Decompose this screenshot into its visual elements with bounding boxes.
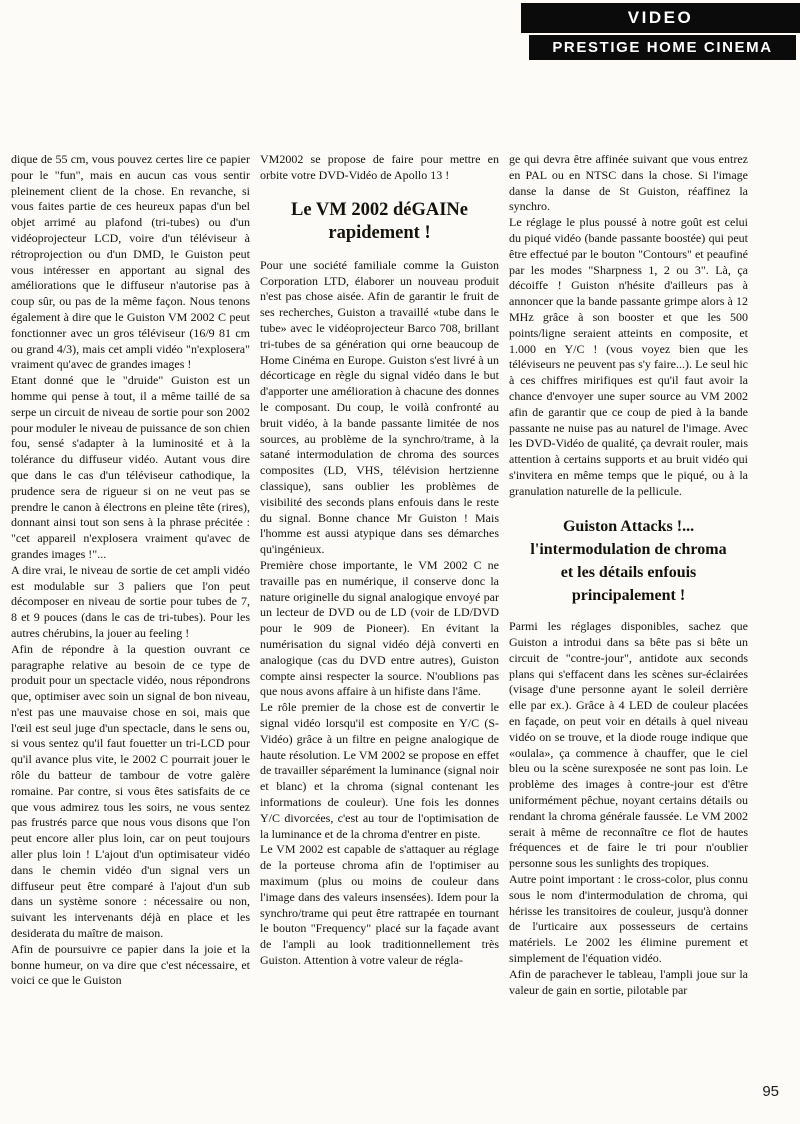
paragraph: VM2002 se propose de faire pour mettre e…: [260, 152, 499, 184]
paragraph: Le VM 2002 est capable de s'attaquer au …: [260, 842, 499, 968]
article-body: dique de 55 cm, vous pouvez certes lire …: [11, 152, 748, 998]
paragraph: Première chose importante, le VM 2002 C …: [260, 558, 499, 700]
magazine-page: VIDEO PRESTIGE HOME CINEMA dique de 55 c…: [0, 0, 800, 1124]
section-heading-guiston-attacks: Guiston Attacks !... l'intermodulation d…: [509, 515, 748, 608]
paragraph: Autre point important : le cross-color, …: [509, 872, 748, 967]
paragraph: Pour une société familiale comme la Guis…: [260, 258, 499, 558]
section-heading-degaine: Le VM 2002 déGAINe rapidement !: [260, 199, 499, 245]
paragraph: A dire vrai, le niveau de sortie de cet …: [11, 563, 250, 642]
paragraph: Parmi les réglages disponibles, sachez q…: [509, 619, 748, 872]
paragraph: Afin de parachever le tableau, l'ampli j…: [509, 967, 748, 999]
paragraph: ge qui devra être affinée suivant que vo…: [509, 152, 748, 215]
paragraph: dique de 55 cm, vous pouvez certes lire …: [11, 152, 250, 373]
masthead-section-label: VIDEO: [628, 8, 693, 28]
article-column-3: ge qui devra être affinée suivant que vo…: [509, 152, 748, 998]
paragraph: Etant donné que le "druide" Guiston est …: [11, 373, 250, 563]
paragraph: Le réglage le plus poussé à notre goût e…: [509, 215, 748, 499]
article-column-2: VM2002 se propose de faire pour mettre e…: [260, 152, 499, 998]
masthead-section-bar: VIDEO: [521, 3, 800, 33]
paragraph: Le rôle premier de la chose est de conve…: [260, 700, 499, 842]
page-number: 95: [762, 1083, 779, 1100]
article-column-1: dique de 55 cm, vous pouvez certes lire …: [11, 152, 250, 998]
paragraph: Afin de répondre à la question ouvrant c…: [11, 642, 250, 942]
masthead-title-label: PRESTIGE HOME CINEMA: [552, 39, 772, 56]
paragraph: Afin de poursuivre ce papier dans la joi…: [11, 942, 250, 989]
masthead-title-bar: PRESTIGE HOME CINEMA: [529, 35, 796, 60]
